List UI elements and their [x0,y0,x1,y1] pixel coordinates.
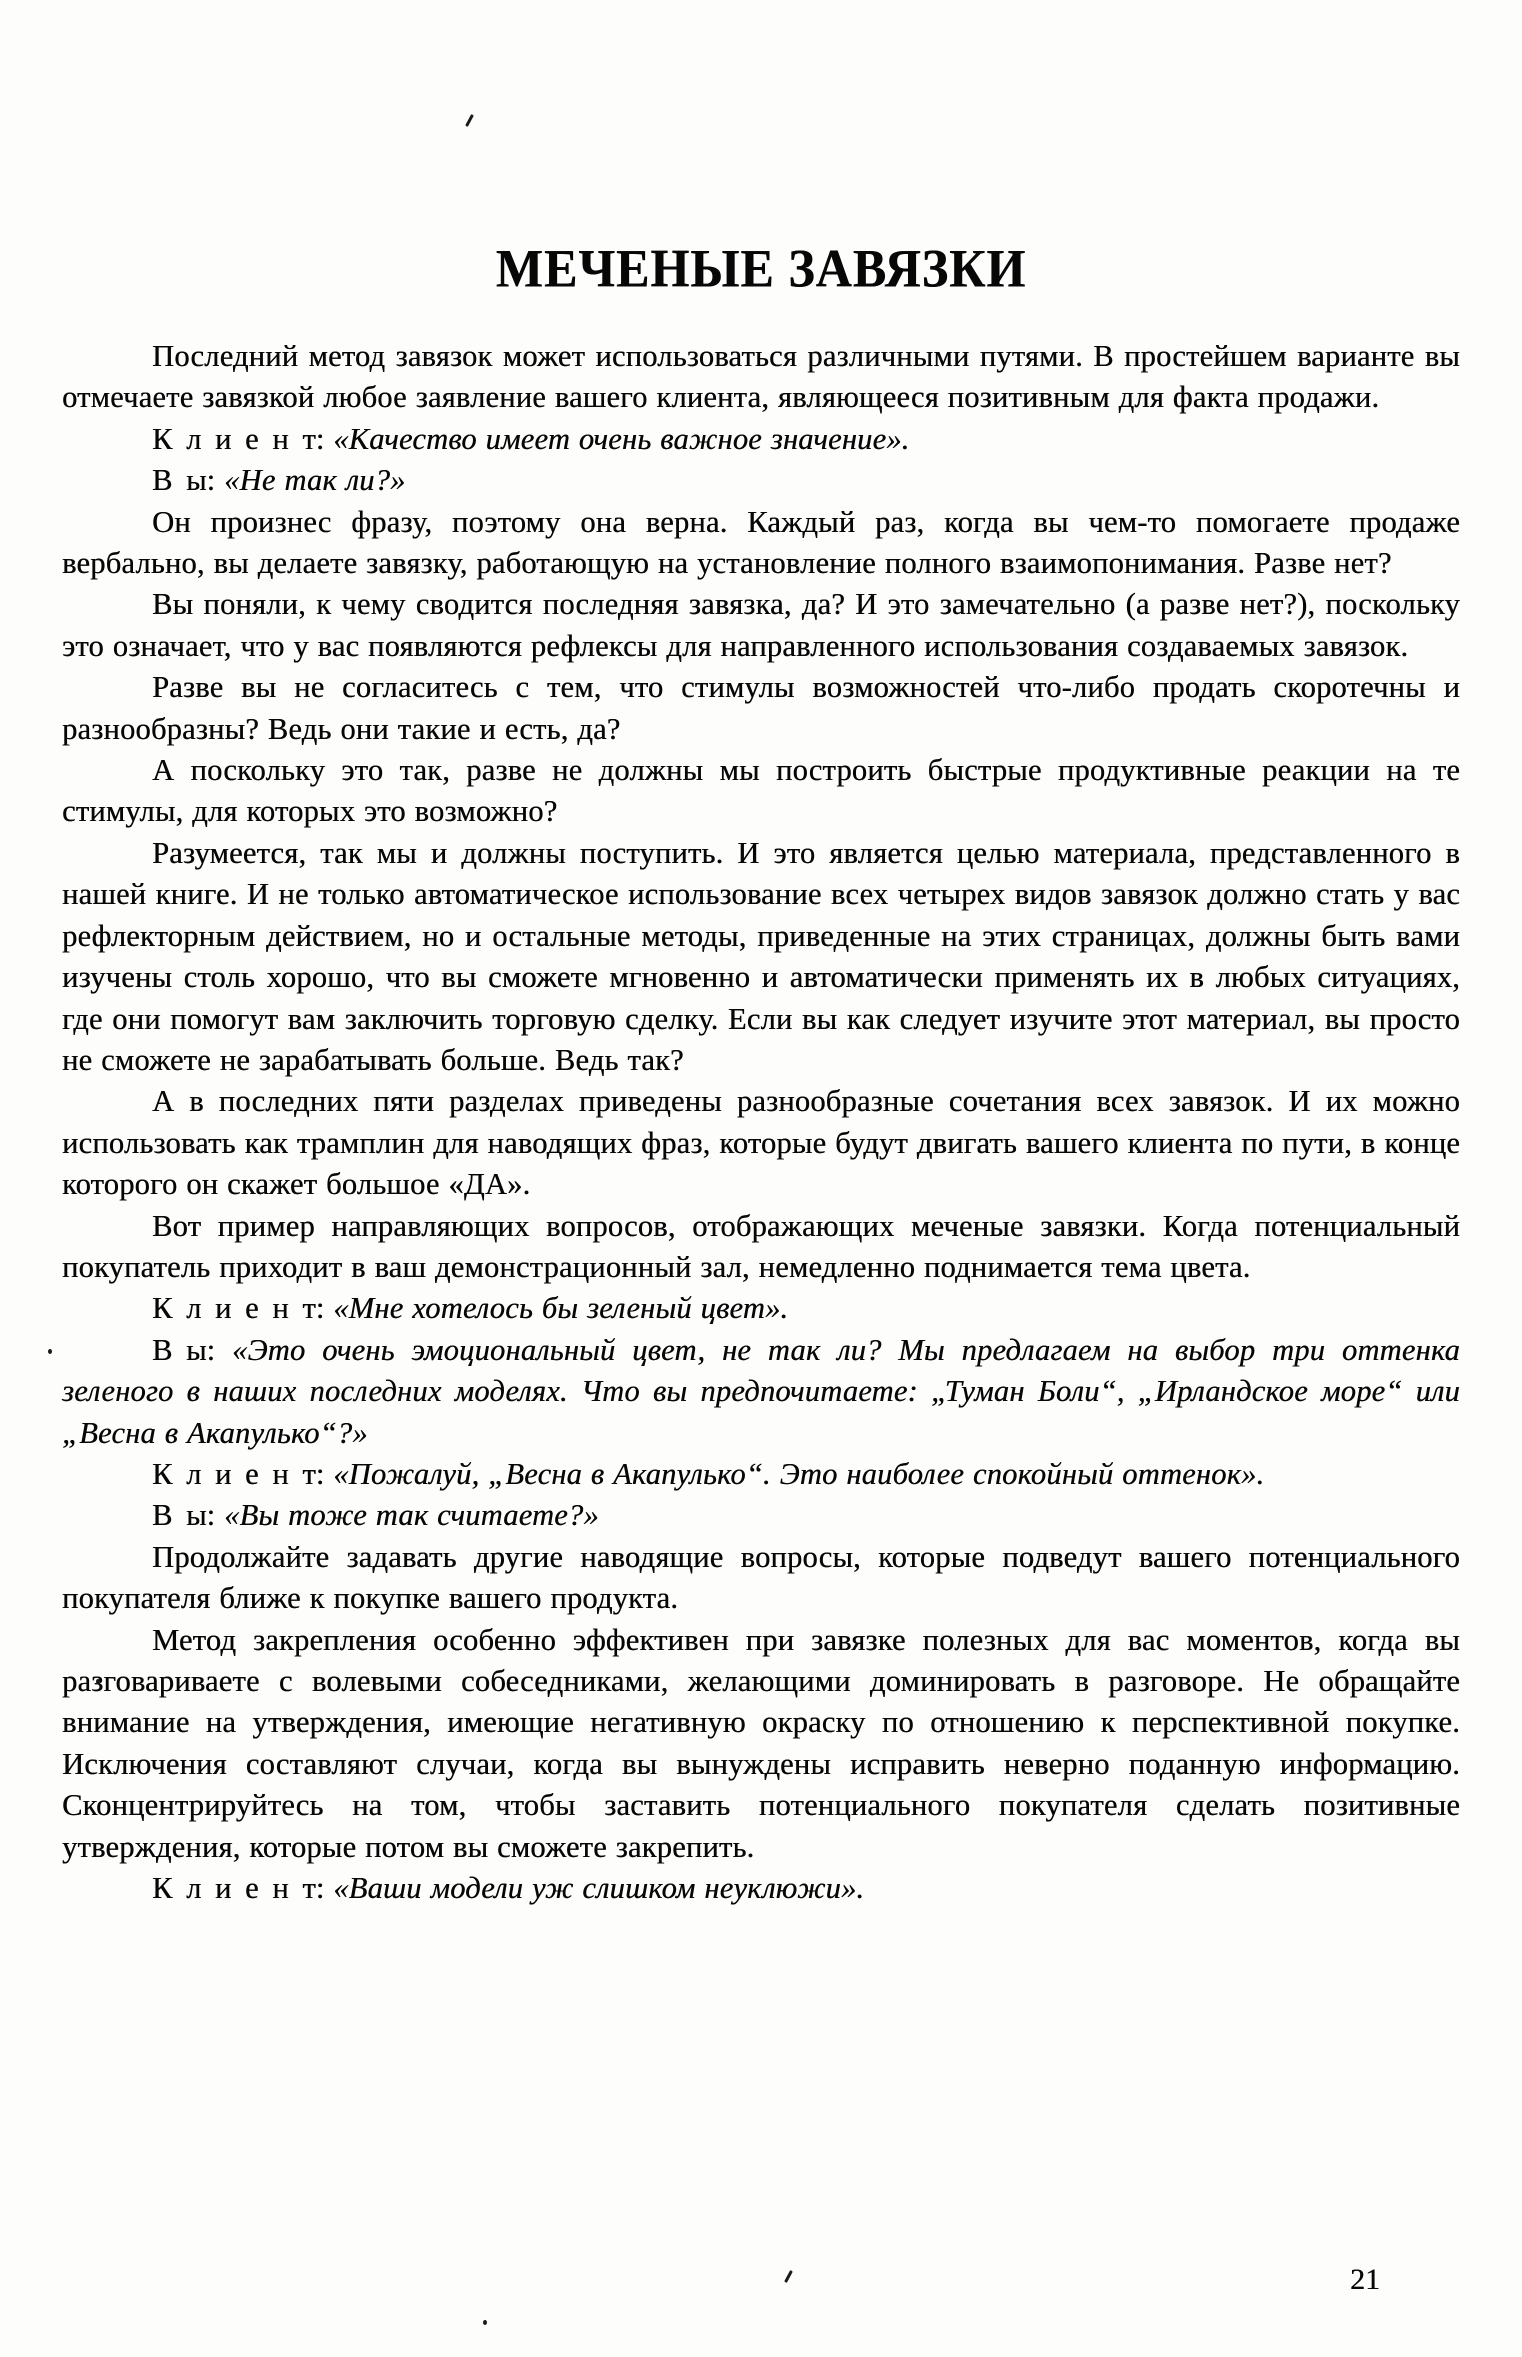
text-segment: Разве вы не согласитесь с тем, что стиму… [62,670,1460,745]
text-segment: «Качество имеет очень важное значение». [333,422,909,456]
scan-artifact [483,2320,487,2325]
chapter-title: МЕЧЕНЫЕ ЗАВЯЗКИ [0,239,1522,295]
text-segment: «Пожалуй, „Весна в Акапулько“. Это наибо… [333,1457,1264,1491]
paragraph: Вы: «Вы тоже так считаете?» [62,1495,1460,1536]
paragraph: Вот пример направляющих вопросов, отобра… [62,1206,1460,1289]
text-segment: Вы поняли, к чему сводится последняя зав… [62,587,1460,662]
page-number: 21 [1350,2263,1380,2297]
paragraph: Вы поняли, к чему сводится последняя зав… [62,584,1460,667]
book-page: МЕЧЕНЫЕ ЗАВЯЗКИ Последний метод завязок … [0,0,1522,2357]
text-segment: : [316,422,334,456]
text-segment: : [207,1333,232,1367]
text-segment: Метод закрепления особенно эффективен пр… [62,1623,1460,1864]
paragraph: Последний метод завязок может использова… [62,336,1460,419]
text-segment: Последний метод завязок может использова… [62,339,1460,414]
paragraph: Он произнес фразу, поэтому она верна. Ка… [62,502,1460,585]
paragraph: Метод закрепления особенно эффективен пр… [62,1620,1460,1868]
text-segment: : [207,1498,225,1532]
paragraph: Клиент: «Пожалуй, „Весна в Акапулько“. Э… [62,1454,1460,1495]
paragraph: Вы: «Это очень эмоциональный цвет, не та… [62,1330,1460,1454]
page-body: Последний метод завязок может использова… [62,336,1460,1909]
scan-artifact [96,1679,100,1684]
scan-artifact [784,2270,793,2283]
text-segment: «Ваши модели уж слишком неуклюжи». [333,1871,864,1905]
text-segment: : [316,1291,334,1325]
text-segment: : [316,1871,334,1905]
paragraph: А в последних пяти разделах приведены ра… [62,1081,1460,1205]
text-segment: «Вы тоже так считаете?» [224,1498,599,1532]
paragraph: Клиент: «Мне хотелось бы зеленый цвет». [62,1288,1460,1329]
text-segment: А поскольку это так, разве не должны мы … [62,753,1460,828]
text-segment: Клиент [152,422,329,456]
text-segment: Он произнес фразу, поэтому она верна. Ка… [62,505,1460,580]
paragraph: Клиент: «Качество имеет очень важное зна… [62,419,1460,460]
scan-artifact [48,1349,52,1354]
paragraph: Разумеется, так мы и должны поступить. И… [62,833,1460,1081]
paragraph: А поскольку это так, разве не должны мы … [62,750,1460,833]
text-segment: «Не так ли?» [224,463,405,497]
text-segment: «Это очень эмоциональный цвет, не так ли… [62,1333,1460,1450]
paragraph: Клиент: «Ваши модели уж слишком неуклюжи… [62,1868,1460,1909]
text-segment: «Мне хотелось бы зеленый цвет». [333,1291,788,1325]
text-segment: Продолжайте задавать другие наводящие во… [62,1540,1460,1615]
paragraph: Разве вы не согласитесь с тем, что стиму… [62,667,1460,750]
text-segment: А в последних пяти разделах приведены ра… [62,1084,1460,1201]
scan-artifact [465,114,474,127]
text-segment: Вот пример направляющих вопросов, отобра… [62,1209,1460,1284]
text-segment: Клиент [152,1291,329,1325]
text-segment: Разумеется, так мы и должны поступить. И… [62,836,1460,1077]
text-segment: Клиент [152,1871,329,1905]
text-segment: : [316,1457,334,1491]
text-segment: Клиент [152,1457,329,1491]
paragraph: Продолжайте задавать другие наводящие во… [62,1537,1460,1620]
text-segment: : [207,463,225,497]
paragraph: Вы: «Не так ли?» [62,460,1460,501]
